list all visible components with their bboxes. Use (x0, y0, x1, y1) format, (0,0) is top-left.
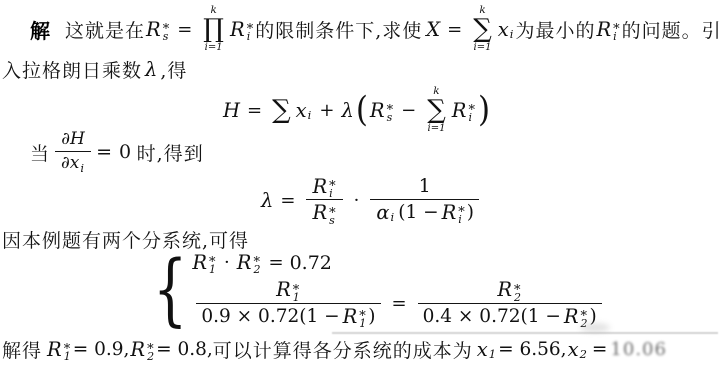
var-Ri-star: R*i (229, 18, 255, 41)
numeral-one: 1 (419, 176, 431, 198)
var-Ri-star: R*i (311, 176, 337, 198)
scripts: *i (468, 104, 475, 123)
line5-text-b: 可以计算得各分系统的成本为 (213, 336, 473, 363)
var-R1-star: R*1 (191, 251, 218, 274)
right-paren: ) (478, 93, 490, 128)
var-Rs-star: R*s (369, 99, 395, 122)
var-Rs-star: R*s (311, 202, 337, 224)
close-paren: ) (368, 306, 375, 327)
lambda-symbol: λ (341, 99, 353, 122)
equals-sign: = (392, 293, 407, 314)
partial-xi: ∂x (61, 154, 79, 174)
var-Rs-star: R*s (145, 18, 171, 41)
var-R1-star: R*1 (342, 306, 369, 328)
equals-sign: = (247, 100, 262, 121)
fraction-R2: R*2 0.4 × 0.72(1 − R*2 ) (418, 278, 602, 329)
equals-sign: = (177, 19, 192, 40)
var-R1-star: R*1 (275, 279, 302, 301)
close-paren: ) (467, 202, 474, 223)
equals-sign: = (592, 339, 608, 360)
scripts: *2 (253, 256, 260, 275)
line2-text-a: 入拉格朗日乘数 (2, 56, 142, 83)
equals-sign: = (447, 19, 462, 40)
scripts: *s (163, 23, 170, 42)
var-X: X (426, 18, 440, 41)
plus-sign: + (319, 100, 334, 121)
value-072: 0.72 (290, 252, 332, 274)
scripts: *i (247, 23, 254, 42)
scripts: *1 (359, 310, 366, 329)
scripts: *1 (209, 256, 216, 275)
line1-text-c: 的限制条件下,求使 (255, 16, 422, 43)
partial-derivative-fraction: ∂H ∂xi (55, 129, 91, 174)
partial-H: ∂H (61, 130, 85, 150)
alpha-symbol: α (376, 202, 389, 224)
fraction-one-over-alpha: 1 αi (1 − R*i ) (370, 175, 479, 225)
scripts: *1 (64, 343, 71, 362)
var-x2: x2 (567, 338, 589, 361)
solve-label: 解 (30, 15, 52, 44)
scan-artifact-line (332, 332, 718, 334)
left-brace: { (153, 251, 187, 329)
value-R1: = 0.9, (73, 339, 130, 360)
var-xi: xi (497, 18, 516, 41)
paren-expr: (1 − (398, 202, 438, 223)
var-R2-star: R*2 (129, 338, 156, 361)
paragraph-line-3: 当 ∂H ∂xi = 0 时,得到 (30, 131, 204, 173)
equals-zero: = 0 (96, 141, 132, 163)
system-rows: R*1 · R*2 = 0.72 R*1 0.9 × 0.72(1 − R*1 … (191, 251, 606, 329)
document-page: 解 这就是在 R*s = k∏i=1 R*i 的限制条件下,求使 X = k∑i… (0, 0, 720, 371)
left-paren: ( (356, 93, 368, 128)
var-H: H (223, 99, 240, 122)
scripts: *2 (514, 284, 521, 303)
var-Ri-star: R*i (595, 18, 621, 41)
scripts: *i (329, 180, 336, 199)
equals-sign: = (280, 190, 295, 211)
equation-H: H = ∑ xi + λ ( R*s − k∑i=1 R*i ) (222, 84, 491, 136)
fraction-Ri-over-Rs: R*i R*s (306, 175, 342, 226)
minus-sign: − (401, 100, 416, 121)
lambda-symbol: λ (145, 58, 157, 81)
line5-text-a: 解得 (2, 336, 42, 363)
scripts: *s (329, 207, 336, 226)
denominator-expr: 0.4 × 0.72(1 − (423, 306, 561, 327)
scripts: *2 (147, 343, 154, 362)
equation-lambda: λ = R*i R*s · 1 αi (1 − R*i ) (260, 172, 484, 228)
denominator-expr: 0.9 × 0.72(1 − (201, 306, 339, 327)
line1-text-a: 这就是在 (65, 16, 145, 43)
product-operator: k∏i=1 (203, 5, 224, 54)
var-Ri-star: R*i (451, 99, 477, 122)
line3-text-b: 时,得到 (137, 139, 204, 166)
var-R1-star: R*1 (46, 338, 73, 361)
fraction-R1: R*1 0.9 × 0.72(1 − R*1 ) (196, 278, 380, 329)
smudged-value-x2: 10.06 (610, 339, 667, 360)
var-R2-star: R*2 (236, 251, 263, 274)
paragraph-line-5: 解得 R*1 = 0.9, R*2 = 0.8, 可以计算得各分系统的成本为 x… (2, 334, 667, 364)
var-R2-star: R*2 (496, 279, 523, 301)
value-R2: = 0.8, (156, 339, 213, 360)
sum-operator: k∑i=1 (427, 86, 446, 135)
var-xi: xi (295, 99, 314, 122)
line1-text-e: 的问题。引 (622, 16, 720, 43)
equals-sign: = (268, 252, 283, 273)
paragraph-line-2: 入拉格朗日乘数 λ ,得 (2, 56, 187, 82)
scripts: *i (458, 206, 465, 225)
line2-text-b: ,得 (160, 56, 187, 83)
paragraph-line-1: 解 这就是在 R*s = k∏i=1 R*i 的限制条件下,求使 X = k∑i… (30, 3, 720, 55)
system-row-1: R*1 · R*2 = 0.72 (191, 251, 332, 274)
var-x1: x1 (476, 338, 498, 361)
scripts: *s (387, 104, 394, 123)
sum-operator: k∑i=1 (473, 5, 492, 54)
sum-operator: ∑ (272, 95, 291, 125)
scripts: *i (613, 23, 620, 42)
var-Ri-star: R*i (441, 202, 467, 224)
system-row-2: R*1 0.9 × 0.72(1 − R*1 ) = R*2 0.4 × 0.7… (191, 278, 606, 329)
lambda-symbol: λ (261, 189, 273, 212)
value-x1: = 6.56, (498, 339, 566, 360)
scan-artifact-smudge (580, 323, 610, 332)
center-dot: · (224, 252, 230, 273)
center-dot: · (354, 190, 360, 211)
equation-system: { R*1 · R*2 = 0.72 R*1 0.9 × 0.72(1 − R*… (153, 248, 607, 332)
line1-text-d: 为最小的 (515, 16, 595, 43)
scripts: *1 (293, 284, 300, 303)
line3-text-a: 当 (30, 139, 50, 166)
